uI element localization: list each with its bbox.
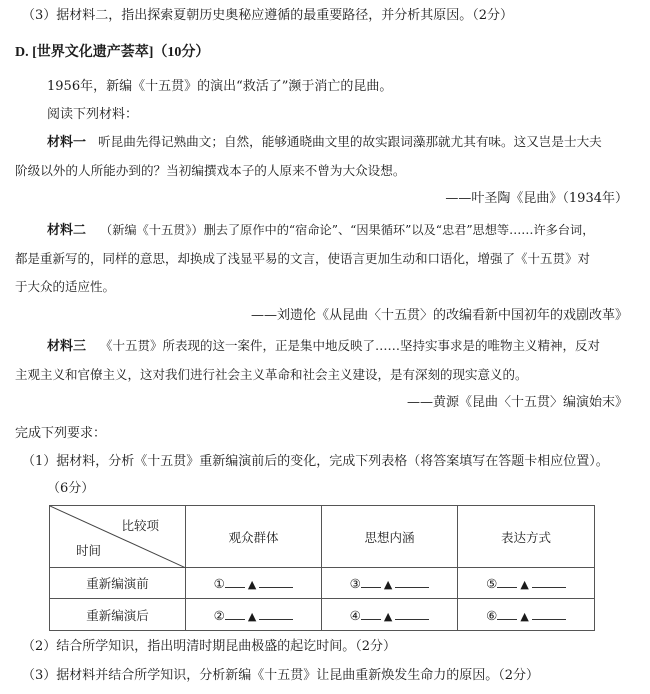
task-prompt: 完成下列要求： [15, 426, 106, 442]
triangle-icon: ▲ [384, 610, 392, 623]
triangle-icon: ▲ [248, 578, 256, 591]
question-1: （1）据材料，分析《十五贯》重新编演前后的变化，完成下列表格（将答案填写在答题卡… [22, 454, 609, 470]
corner-label-time: 时间 [76, 541, 101, 559]
triangle-icon: ▲ [520, 578, 528, 591]
comparison-table: 比较项 时间 观众群体 思想内涵 表达方式 重新编演前 ①▲ ③▲ ⑤▲ 重新编… [49, 505, 595, 631]
material-text: 于大众的适应性。 [15, 279, 115, 295]
triangle-icon: ▲ [248, 610, 256, 623]
table-corner-cell: 比较项 时间 [50, 506, 186, 568]
prev-question: （3）据材料二，指出探索夏朝历史奥秘应遵循的最重要路径，并分析其原因。（2分） [22, 8, 513, 24]
material-label: 材料二 [47, 223, 86, 238]
material-text: 《十五贯》所表现的这一案件，正是集中地反映了……坚持实事求是的唯物主义精神，反对 [100, 338, 600, 353]
material-label: 材料三 [47, 339, 86, 354]
column-header: 表达方式 [458, 506, 595, 568]
column-header: 思想内涵 [322, 506, 458, 568]
material-text: 阶级以外的人所能办到的？当初编撰戏本子的人原来不曾为大众设想。 [15, 163, 405, 179]
question-3: （3）据材料并结合所学知识，分析新编《十五贯》让昆曲重新焕发生命力的原因。（2分… [22, 668, 539, 684]
table-row: 重新编演后 ②▲ ④▲ ⑥▲ [50, 599, 595, 631]
question-2: （2）结合所学知识，指出明清时期昆曲极盛的起讫时间。（2分） [22, 639, 396, 655]
diagonal-line [50, 506, 186, 568]
table-row: 重新编演前 ①▲ ③▲ ⑤▲ [50, 568, 595, 599]
answer-blank: ③▲ [322, 568, 458, 599]
triangle-icon: ▲ [520, 610, 528, 623]
material-source: ——刘遗伦《从昆曲〈十五贯〉的改编看新中国初年的戏剧改革》 [251, 308, 628, 324]
answer-blank: ⑤▲ [458, 568, 595, 599]
section-intro: 1956年，新编《十五贯》的演出“救活了”濒于消亡的昆曲。 [47, 79, 392, 95]
column-header: 观众群体 [186, 506, 322, 568]
material-text: 都是重新写的，同样的意思，却换成了浅显平易的文言，使语言更加生动和口语化，增强了… [15, 251, 590, 267]
question-1-score: （6分） [47, 481, 94, 497]
answer-blank: ①▲ [186, 568, 322, 599]
row-label: 重新编演后 [50, 599, 186, 631]
material-text: （新编《十五贯》）删去了原作中的“宿命论”、“因果循环”以及“忠君”思想等……许… [100, 223, 594, 237]
read-prompt: 阅读下列材料： [47, 107, 138, 123]
material-label: 材料一 [47, 135, 86, 150]
material-source: ——黄源《昆曲〈十五贯〉编演始末》 [407, 395, 628, 411]
answer-blank: ④▲ [322, 599, 458, 631]
triangle-icon: ▲ [384, 578, 392, 591]
answer-blank: ⑥▲ [458, 599, 595, 631]
corner-label-compare: 比较项 [121, 516, 159, 534]
material-text: 主观主义和官僚主义，这对我们进行社会主义革命和社会主义建设，是有深刻的现实意义的… [15, 367, 528, 383]
material-source: ——叶圣陶《昆曲》（1934年） [445, 191, 628, 207]
answer-blank: ②▲ [186, 599, 322, 631]
material-text: 听昆曲先得记熟曲文；自然，能够通晓曲文里的故实跟词藻那就尤其有味。这又岂是士大夫 [98, 134, 602, 149]
section-title: D. [世界文化遗产荟萃]（10分） [15, 45, 209, 61]
row-label: 重新编演前 [50, 568, 186, 599]
